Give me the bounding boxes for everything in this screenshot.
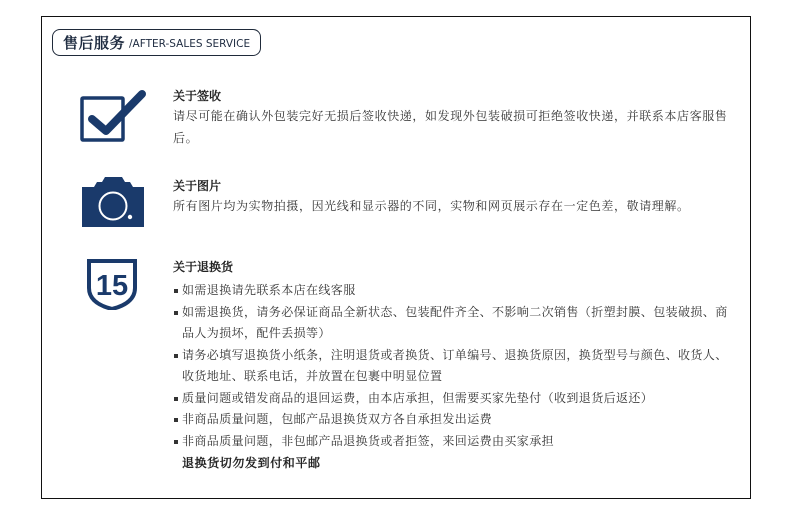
section-title: 关于图片 bbox=[173, 177, 733, 195]
section-title: 关于签收 bbox=[173, 87, 733, 105]
list-item: 如需退换货，请务必保证商品全新状态、包装配件齐全、不影响二次销售（折塑封膜、包装… bbox=[173, 302, 733, 345]
section-photos: 关于图片 所有图片均为实物拍摄，因光线和显示器的不同，实物和网页展示存在一定色差… bbox=[173, 177, 733, 217]
section-returns: 关于退换货 如需退换请先联系本店在线客服 如需退换货，请务必保证商品全新状态、包… bbox=[173, 258, 733, 474]
section-body: 所有图片均为实物拍摄，因光线和显示器的不同，实物和网页展示存在一定色差，敬请理解… bbox=[173, 195, 743, 217]
section-body: 请尽可能在确认外包装完好无损后签收快递，如发现外包装破损可拒绝签收快递，并联系本… bbox=[173, 105, 728, 149]
shield-15-icon: 15 bbox=[86, 258, 138, 310]
camera-icon bbox=[80, 177, 146, 227]
list-item: 如需退换请先联系本店在线客服 bbox=[173, 280, 733, 302]
section-title: 关于退换货 bbox=[173, 258, 733, 276]
header-title-en: /AFTER-SALES SERVICE bbox=[129, 36, 250, 50]
section-header: 售后服务 /AFTER-SALES SERVICE bbox=[52, 29, 261, 56]
checkbox-checked-icon bbox=[80, 88, 146, 144]
returns-note: 退换货切勿发到付和平邮 bbox=[173, 452, 733, 474]
list-item: 非商品质量问题，包邮产品退换货双方各自承担发出运费 bbox=[173, 409, 733, 431]
list-item: 非商品质量问题，非包邮产品退换货或者拒签，来回运费由买家承担 bbox=[173, 431, 733, 453]
svg-text:15: 15 bbox=[96, 270, 128, 302]
list-item: 请务必填写退换货小纸条，注明退货或者换货、订单编号、退换货原因，换货型号与颜色、… bbox=[173, 345, 733, 388]
section-signing: 关于签收 请尽可能在确认外包装完好无损后签收快递，如发现外包装破损可拒绝签收快递… bbox=[173, 87, 733, 149]
list-item: 质量问题或错发商品的退回运费，由本店承担，但需要买家先垫付（收到退货后返还） bbox=[173, 388, 733, 410]
header-title-cn: 售后服务 bbox=[63, 32, 125, 53]
